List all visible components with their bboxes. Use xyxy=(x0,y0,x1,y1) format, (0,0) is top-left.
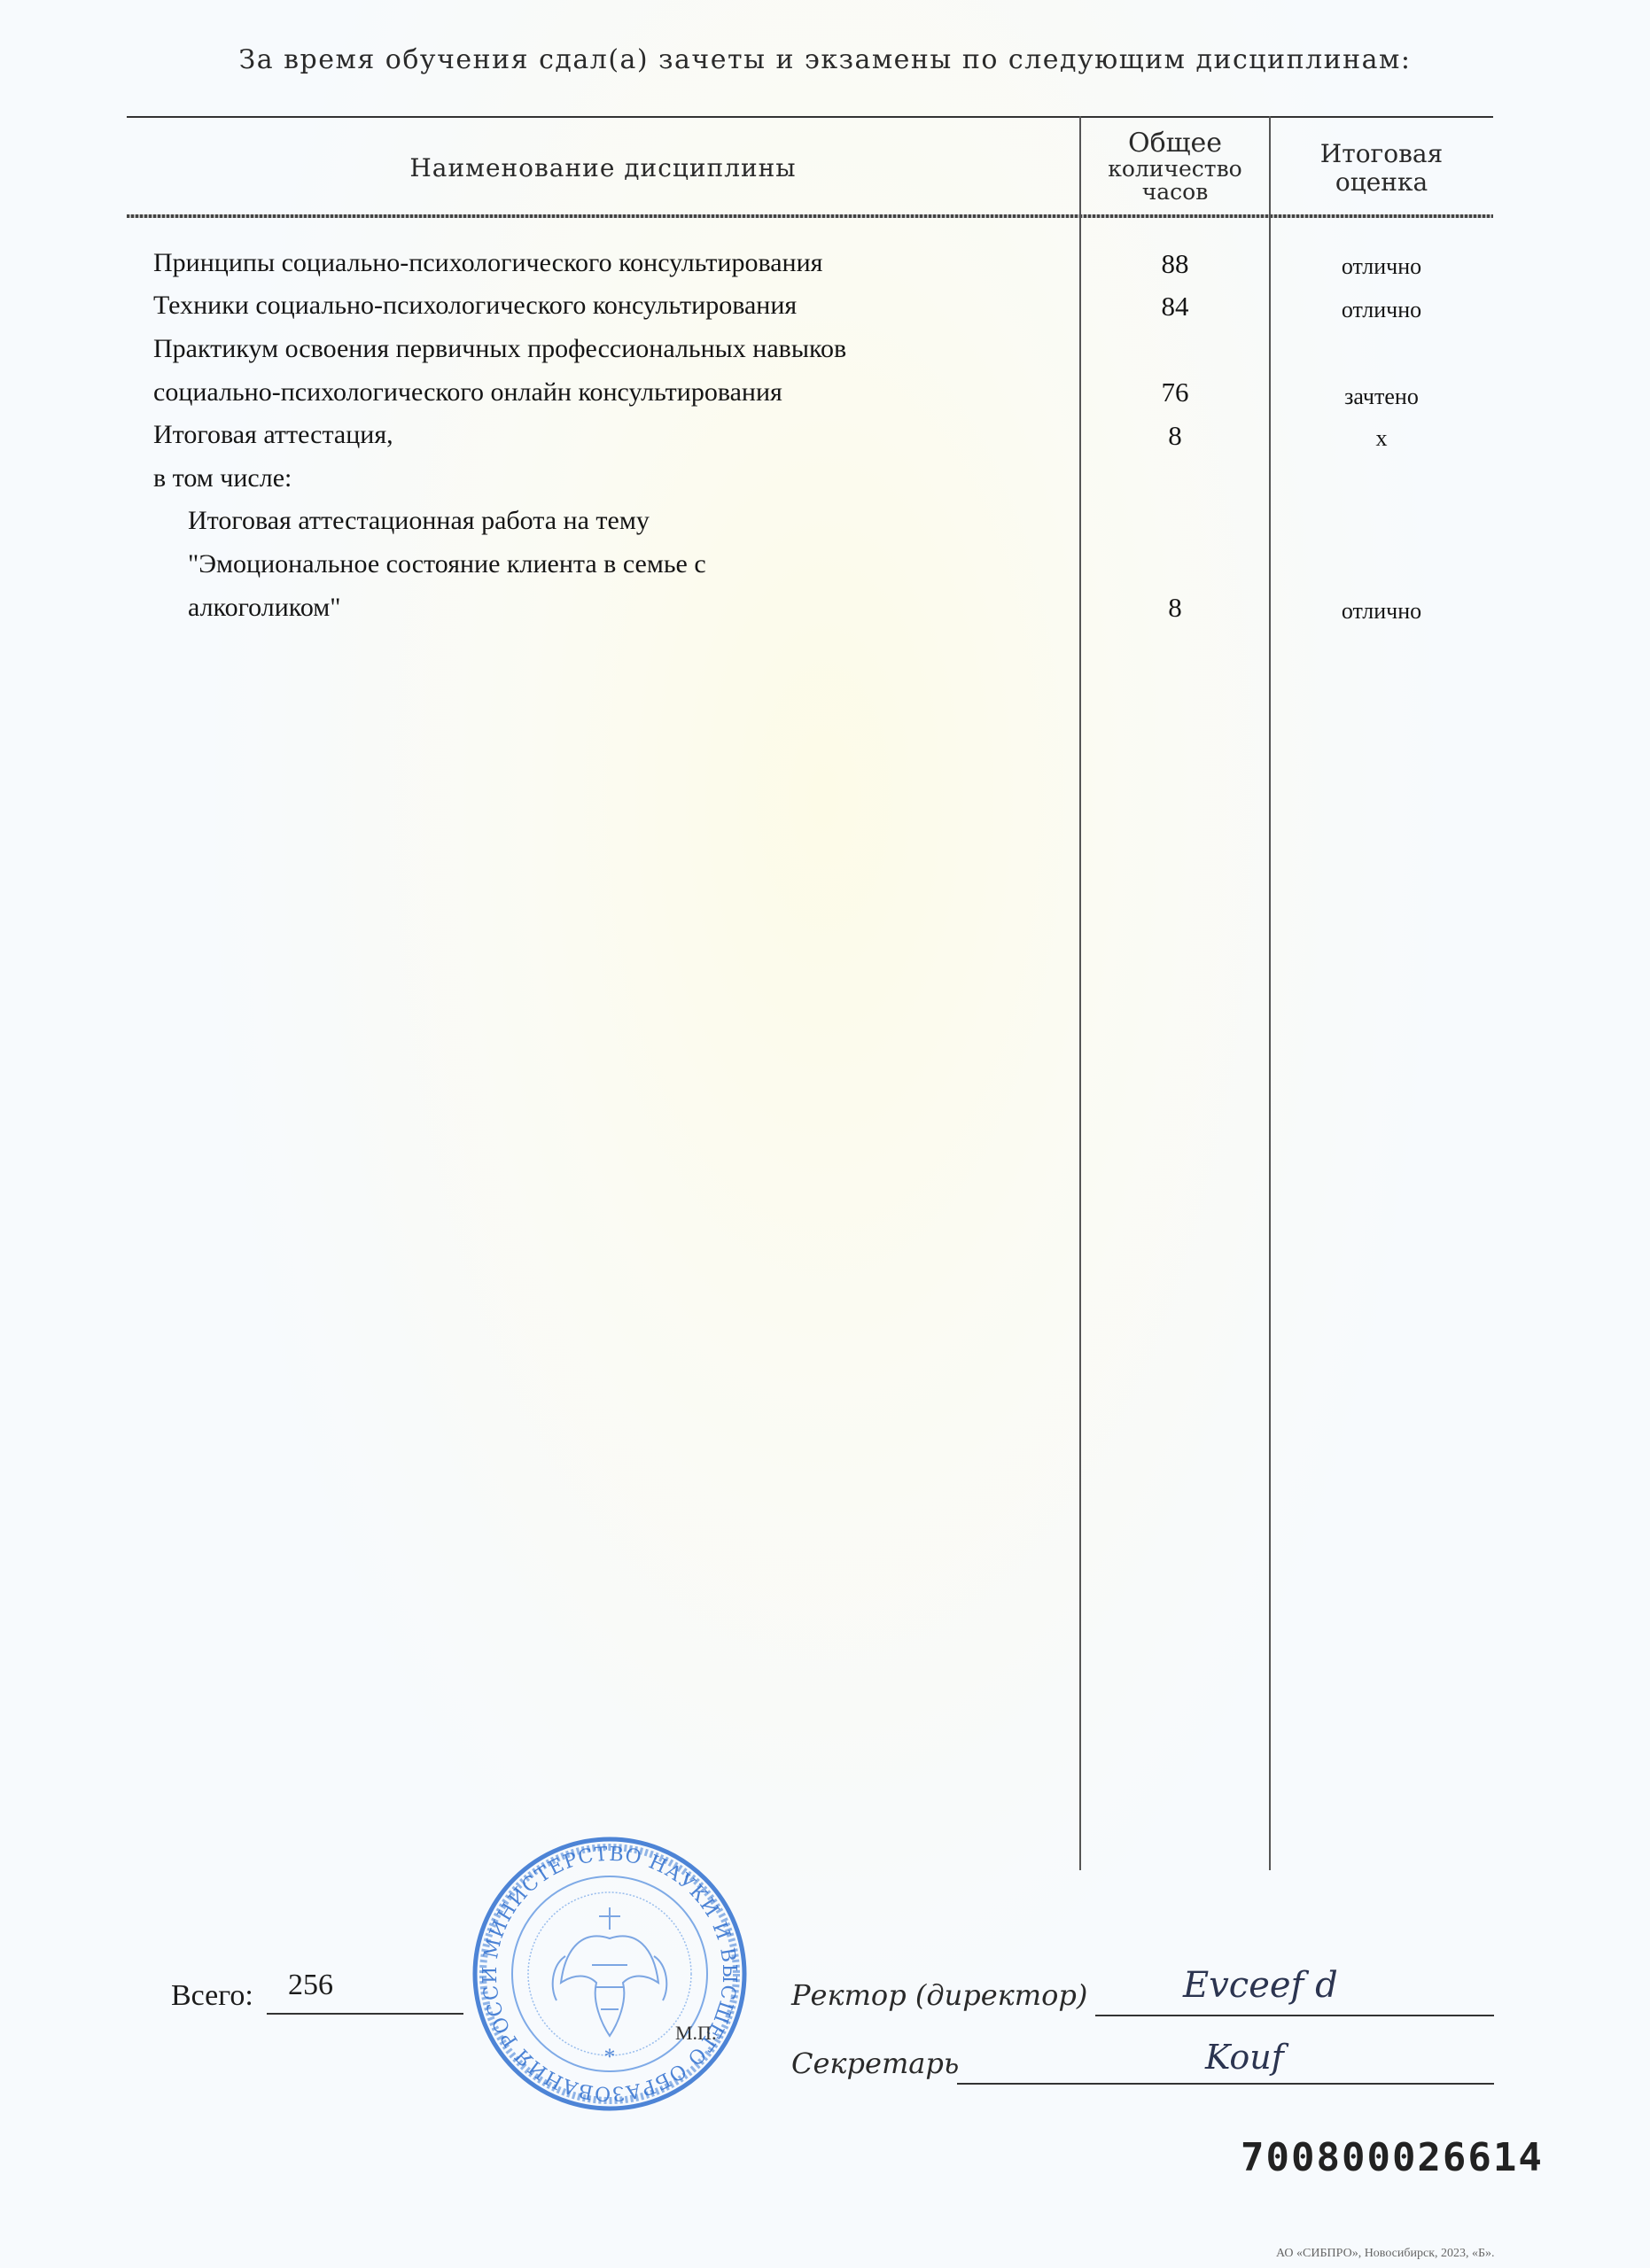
table-header-rule xyxy=(127,214,1493,218)
official-seal-icon: МИНИСТЕРСТВО НАУКИ И ВЫСШЕГО ОБРАЗОВАНИЯ… xyxy=(468,1832,751,2116)
discipline-name: алкоголиком" xyxy=(188,593,341,623)
discipline-hours: 8 xyxy=(1081,420,1269,452)
column-header-hours-line: Общее xyxy=(1081,129,1269,158)
discipline-name: Техники социально-психологического консу… xyxy=(153,291,797,321)
discipline-grade: отлично xyxy=(1271,598,1492,625)
discipline-name: Итоговая аттестационная работа на тему xyxy=(188,506,650,536)
discipline-name: Практикум освоения первичных профессиона… xyxy=(153,334,846,364)
rector-signature-line xyxy=(1095,2015,1494,2016)
discipline-name: в том числе: xyxy=(153,463,292,493)
stamp-mark-label: М.П. xyxy=(675,2022,716,2045)
discipline-hours: 84 xyxy=(1081,291,1269,322)
page-heading: За время обучения сдал(а) зачеты и экзам… xyxy=(0,44,1650,75)
rector-label: Ректор (директор) xyxy=(791,1978,1087,2012)
discipline-grade: отлично xyxy=(1271,253,1492,280)
column-header-name: Наименование дисциплины xyxy=(127,153,1079,183)
discipline-name: Итоговая аттестация, xyxy=(153,420,393,450)
discipline-grade: отлично xyxy=(1271,297,1492,323)
discipline-name: социально-психологического онлайн консул… xyxy=(153,377,782,408)
discipline-name: "Эмоциональное состояние клиента в семье… xyxy=(188,549,706,579)
total-underline xyxy=(267,2013,463,2015)
discipline-grade: зачтено xyxy=(1271,384,1492,410)
discipline-name: Принципы социально-психологического конс… xyxy=(153,248,822,278)
table-top-rule xyxy=(127,116,1493,118)
secretary-signature: Kouf xyxy=(1205,2038,1284,2077)
rector-signature: Evceef d xyxy=(1183,1965,1338,2006)
discipline-hours: 88 xyxy=(1081,248,1269,280)
column-header-hours-line: количество xyxy=(1081,158,1269,181)
secretary-signature-line xyxy=(957,2083,1494,2085)
svg-text:*: * xyxy=(604,2044,616,2070)
column-divider-grade xyxy=(1269,116,1271,1870)
document-serial-number: 700800026614 xyxy=(1241,2135,1544,2180)
discipline-hours: 8 xyxy=(1081,592,1269,624)
total-hours-value: 256 xyxy=(288,1969,333,2002)
column-header-grade-line: Итоговая xyxy=(1271,140,1492,168)
printer-imprint: АО «СИБПРО», Новосибирск, 2023, «Б». xyxy=(1276,2247,1495,2261)
discipline-hours: 76 xyxy=(1081,377,1269,408)
column-header-hours: Общее количество часов xyxy=(1081,129,1269,204)
column-header-grade: Итоговая оценка xyxy=(1271,140,1492,197)
secretary-label: Секретарь xyxy=(791,2047,959,2080)
total-label: Всего: xyxy=(171,1979,253,2013)
column-header-hours-line: часов xyxy=(1081,181,1269,204)
column-header-grade-line: оценка xyxy=(1271,168,1492,197)
discipline-grade: x xyxy=(1271,425,1492,452)
